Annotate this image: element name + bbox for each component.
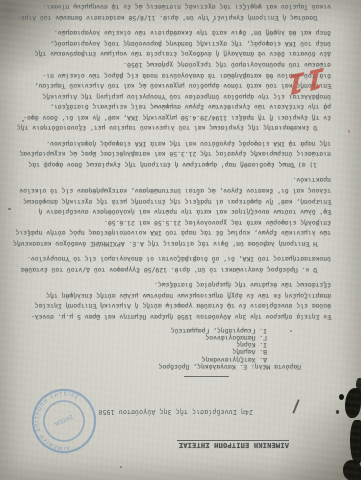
body-line: Ὁ ἐκκαθαριστὴς τῆς ἐγκρίσεως καὶ τοῦ λιμ… [13, 123, 331, 134]
body-line: ὅπερ καὶ θὰ ληφθῇ ὑπ’ ὄψιν κατὰ τὴν ἐκκα… [13, 28, 331, 39]
body-line: ὑποβάλλεται εἰς τὴν ἁρμοδίαν ὑπηρεσίαν τ… [13, 91, 331, 102]
body-line: τῆς παρὰ τῷ ΙΚΑ εἰσφορᾶς ἐργοδότου καὶ τ… [13, 138, 331, 149]
body-line: τέλους καὶ δι’ ἕκαστον ἔργον, ὡς αὗται ὑ… [13, 185, 331, 196]
attendee-name: Β. Λαμπῆς [159, 348, 301, 355]
body-line: πρακτικόν. [13, 175, 331, 186]
body-line: ὑπὲρ τοῦ ΙΚΑ εἰσφορᾶς, τῆς σχετικῆς δαπά… [13, 38, 331, 49]
body-line: Ὁ κ. Πρόεδρος ἀναγινώσκει τὸ ὑπ’ ἀριθ. 1… [13, 264, 331, 275]
body-text: Ἐν Σητείᾳ σήμερον τὴν 3ην Αὐγούστου 1950… [13, 0, 331, 322]
stamp-center-text: ΣΗΤΕΙΑ [53, 413, 73, 427]
session-line: 24η Συνεδρίασις τῆς 3ης Αὐγούστου 1950 [93, 408, 253, 416]
body-line: τῶν λιμενικῶν ἔργων, κυρίως δὲ τὰς παρὰ … [13, 228, 331, 239]
attendee-names: Δ. Χατζηγιαννάκης Β. Λαμπῆς Ι. Κόρης Γ. … [159, 326, 301, 362]
body-line: Δὲν δύναται ὅθεν νὰ ἀπαλλαγῇ ἡ ἀνάδοχος … [13, 49, 331, 60]
pen-slash-mark [292, 399, 299, 414]
attendee-name: Δ. Χατζηγιαννάκης [159, 355, 301, 362]
body-line: Ἐπιτροπή, καθ’ ἣν ἀμφότεραι αἱ πράξεις τ… [13, 196, 331, 207]
body-line: Ἐφ’ ὅλων τούτων συνεζήτησε καὶ κατὰ τὴν … [13, 207, 331, 218]
body-line: 1) α) Ὅπως ἐφοδιασθῇ παρ’ ἀμφοτέρων ἡ ἐπ… [13, 159, 331, 170]
body-line: Ὡσαύτως ἡ Ἐπιτροπὴ ἐγκρίνει τὴν ὑπ’ ἀριθ… [13, 12, 331, 23]
body-line: Ἐν Σητείᾳ σήμερον τὴν 3ην Αὐγούστου 1950… [13, 311, 331, 322]
attendee-list: Παρόντα Μέλη: Ε. Καυγαλάκης, Πρόεδρος Δ.… [159, 326, 301, 370]
document-heading: ΛΙΜΕΝΙΚΗ ΕΠΙΤΡΟΠΗ ΣΗΤΕΙΑΣ [177, 440, 289, 449]
body-line: στώσεων τοῦ προϋπολογισμοῦ τῆς τρεχούσης… [13, 59, 331, 70]
body-line: Ἡ Ἐπιτροπὴ λαβοῦσα ὑπ’ ὄψιν τὰς αἰτήσεις… [13, 238, 331, 249]
body-line: ἐπιβολῆς εἰσφορῶν κατὰ τὰς χρονολογίας 2… [13, 217, 331, 228]
body-line: νικοῦ Ταμείου καὶ ψηφίζει τὰς σχετικὰς π… [13, 2, 331, 13]
round-stamp-icon: · ΛΙΜΕΝΙΚΗ ΕΠΙΤΡΟΠΗ ΣΗΤΕΙΑΣ · ΣΗΤΕΙΑ [19, 376, 109, 466]
body-line: πιστώσεις ὑπερωριακῆς ἐργασίας τῆς 21.3.… [13, 149, 331, 160]
body-line: ἀπαρτιζομένη ἐκ τῶν ἐν ἀρχῇ σημειουμένων… [13, 290, 331, 301]
body-line: ὑποκαταστήματος τοῦ ΙΚΑ, δι’ οὗ διαβιβάζ… [13, 254, 331, 265]
corner-mark: ·/· [205, 16, 221, 24]
body-line: διὰ τοῦ ὁποίου θὰ καταβληθῶσι τὰ ἀναλογο… [13, 70, 331, 81]
body-line: ρᾷ τὴν ἐκτέλεσιν τῶν ἐγκριθέντων ἔργων σ… [13, 102, 331, 113]
body-line: ἐξετάσεως τῶν θεμάτων τῆς ἡμερησίας διατ… [13, 280, 331, 291]
body-line: θοῦσα εἰς συνεδρίασιν ἐν τῷ ἐνταῦθα γραφ… [13, 301, 331, 312]
scanned-page: ΛΙΜΕΝΙΚΗ ΕΠΙΤΡΟΠΗ ΣΗΤΕΙΑΣ 24η Συνεδρίασι… [0, 0, 361, 480]
document-content: ΛΙΜΕΝΙΚΗ ΕΠΙΤΡΟΠΗ ΣΗΤΕΙΑΣ 24η Συνεδρίασι… [0, 0, 361, 480]
body-line: ἐν τῇ ἐγκρίσει ἢ τῇ πράξει 1194/20.4.50 … [13, 112, 331, 123]
attendee-name: Ι. Γεωργιάδης, Γραμματεύς [159, 326, 301, 333]
divider-rule [184, 376, 229, 377]
body-line: Ἐπιτροπῆς καὶ τοῦ κατὰ τόπον ἁρμοδίου μη… [13, 81, 331, 92]
